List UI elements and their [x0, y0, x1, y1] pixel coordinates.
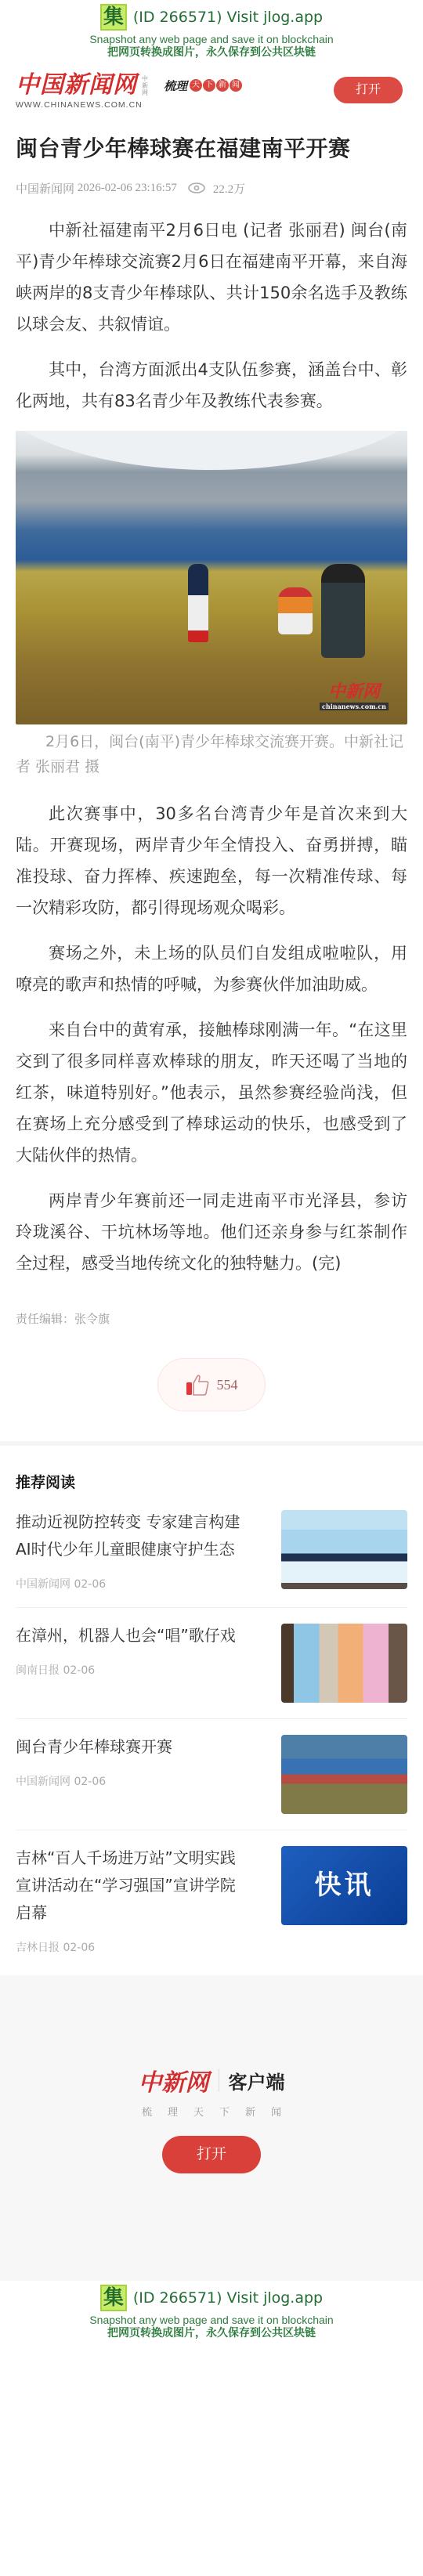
recommended-item[interactable]: 闽台青少年棒球赛开赛 中国新闻网 02-06	[16, 1719, 407, 1830]
section-divider	[0, 1441, 423, 1446]
article-paragraph: 中新社福建南平2月6日电 (记者 张丽君) 闽台(南平)青少年棒球交流赛2月6日…	[16, 215, 407, 340]
photo-catcher	[278, 587, 313, 634]
article-source: 中国新闻网	[16, 180, 74, 197]
photo-caption: 2月6日，闽台(南平)青少年棒球交流赛开赛。中新社记者 张丽君 摄	[16, 729, 407, 779]
article-meta: 中国新闻网 2026-02-06 23:16:57 22.2万	[16, 179, 407, 197]
recommended-thumbnail	[281, 1624, 407, 1703]
jlog-subtitle-en: Snapshot any web page and save it on blo…	[0, 33, 423, 45]
jlog-banner-bottom: 集 (ID 266571) Visit jlog.app Snapshot an…	[0, 2281, 423, 2347]
view-count-value: 22.2万	[213, 180, 245, 197]
slogan-dot: 闻	[230, 79, 242, 92]
responsible-editor: 责任编辑：张令旗	[16, 1310, 407, 1327]
jlog-subtitle-cn: 把网页转换成图片，永久保存到公共区块链	[0, 45, 423, 60]
like-count: 554	[217, 1377, 238, 1393]
recommended-item[interactable]: 推动近视防控转变 专家建言构建AI时代少年儿童眼健康守护生态 中国新闻网 02-…	[16, 1494, 407, 1608]
recommended-headline: 在漳州，机器人也会“唱”歌仔戏	[16, 1622, 251, 1649]
photo-watermark: 中新网chinanews.com.cn	[320, 678, 389, 710]
thumbs-up-icon	[186, 1374, 209, 1396]
app-client-label: 客户端	[229, 2067, 285, 2094]
article-photo-baseball[interactable]: 中新网chinanews.com.cn	[16, 431, 407, 724]
like-button[interactable]: 554	[157, 1358, 266, 1411]
jlog-icon: 集	[100, 4, 127, 31]
slogan-dot: 天	[190, 79, 202, 92]
view-count: 22.2万	[188, 180, 245, 197]
jlog-banner-top: 集 (ID 266571) Visit jlog.app Snapshot an…	[0, 0, 423, 66]
recommended-thumbnail	[281, 1735, 407, 1814]
recommended-title: 推荐阅读	[16, 1471, 407, 1494]
slogan-dot: 新	[216, 79, 229, 92]
recommended-source: 中国新闻网 02-06	[16, 1773, 251, 1789]
article-datetime: 2026-02-06 23:16:57	[78, 182, 177, 195]
logo-divider	[219, 2068, 219, 2092]
recommended-headline: 推动近视防控转变 专家建言构建AI时代少年儿童眼健康守护生态	[16, 1508, 251, 1563]
jlog-subtitle-en: Snapshot any web page and save it on blo…	[0, 2314, 423, 2326]
article: 闽台青少年棒球赛在福建南平开赛 中国新闻网 2026-02-06 23:16:5…	[0, 133, 423, 1413]
app-tagline: 梳理天下新闻	[0, 2104, 423, 2119]
like-section: 554	[16, 1358, 407, 1413]
article-paragraph: 赛场之外，未上场的队员们自发组成啦啦队，用嘹亮的歌声和热情的呼喊，为参赛伙伴加油…	[16, 938, 407, 1000]
recommended-item[interactable]: 在漳州，机器人也会“唱”歌仔戏 闽南日报 02-06	[16, 1608, 407, 1719]
slogan-dot: 下	[203, 79, 215, 92]
article-title: 闽台青少年棒球赛在福建南平开赛	[16, 133, 407, 164]
recommended-headline: 吉林“百人千场进万站”文明实践宣讲活动在“学习强国”宣讲学院启幕	[16, 1844, 251, 1927]
article-body: 中新社福建南平2月6日电 (记者 张丽君) 闽台(南平)青少年棒球交流赛2月6日…	[16, 215, 407, 1279]
recommended-item[interactable]: 吉林“百人千场进万站”文明实践宣讲活动在“学习强国”宣讲学院启幕 吉林日报 02…	[16, 1830, 407, 1971]
photo-umpire	[321, 564, 365, 658]
recommended-source: 闽南日报 02-06	[16, 1662, 251, 1678]
header-slogan: 梳理 天 下 新 闻	[164, 78, 242, 94]
photo-batter	[188, 564, 208, 642]
photo-stadium-roof	[16, 431, 407, 470]
article-paragraph: 来自台中的黄宥承，接触棒球刚满一年。“在这里交到了很多同样喜欢棒球的朋友，昨天还…	[16, 1014, 407, 1171]
jlog-id-link[interactable]: (ID 266571) Visit jlog.app	[133, 2289, 323, 2307]
article-paragraph: 其中，台湾方面派出4支队伍参赛，涵盖台中、彰化两地，共有83名青少年及教练代表参…	[16, 354, 407, 417]
recommended-source: 中国新闻网 02-06	[16, 1576, 251, 1591]
jlog-subtitle-cn: 把网页转换成图片，永久保存到公共区块链	[0, 2326, 423, 2340]
recommended-thumbnail-flash-news: 快讯	[281, 1846, 407, 1925]
recommended-headline: 闽台青少年棒球赛开赛	[16, 1733, 251, 1761]
recommended-source: 吉林日报 02-06	[16, 1939, 251, 1955]
slogan-black: 梳理	[164, 78, 187, 94]
jlog-icon: 集	[100, 2285, 127, 2311]
site-header: 中国新闻网 中新网 WWW.CHINANEWS.COM.CN 梳理 天 下 新 …	[0, 66, 423, 116]
recommended-reading: 推荐阅读 推动近视防控转变 专家建言构建AI时代少年儿童眼健康守护生态 中国新闻…	[0, 1471, 423, 1971]
app-logo-text: 中新网	[139, 2063, 209, 2097]
article-paragraph: 此次赛事中，30多名台湾青少年是首次来到大陆。开赛现场，两岸青少年全情投入、奋勇…	[16, 798, 407, 923]
open-app-button[interactable]: 打开	[334, 77, 403, 103]
open-app-button-bottom[interactable]: 打开	[162, 2136, 261, 2173]
logo-vertical-text: 中新网	[142, 75, 150, 96]
recommended-thumbnail	[281, 1510, 407, 1589]
eye-icon	[188, 182, 205, 193]
app-promo-logo: 中新网 客户端	[0, 2065, 423, 2096]
site-logo[interactable]: 中国新闻网 中新网 WWW.CHINANEWS.COM.CN	[16, 72, 150, 110]
jlog-id-link[interactable]: (ID 266571) Visit jlog.app	[133, 9, 323, 26]
article-paragraph: 两岸青少年赛前还一同走进南平市光泽县，参访玲珑溪谷、干坑林场等地。他们还亲身参与…	[16, 1185, 407, 1279]
logo-text: 中国新闻网	[16, 72, 137, 99]
app-promo: 中新网 客户端 梳理天下新闻 打开	[0, 1975, 423, 2281]
logo-url: WWW.CHINANEWS.COM.CN	[16, 100, 150, 110]
